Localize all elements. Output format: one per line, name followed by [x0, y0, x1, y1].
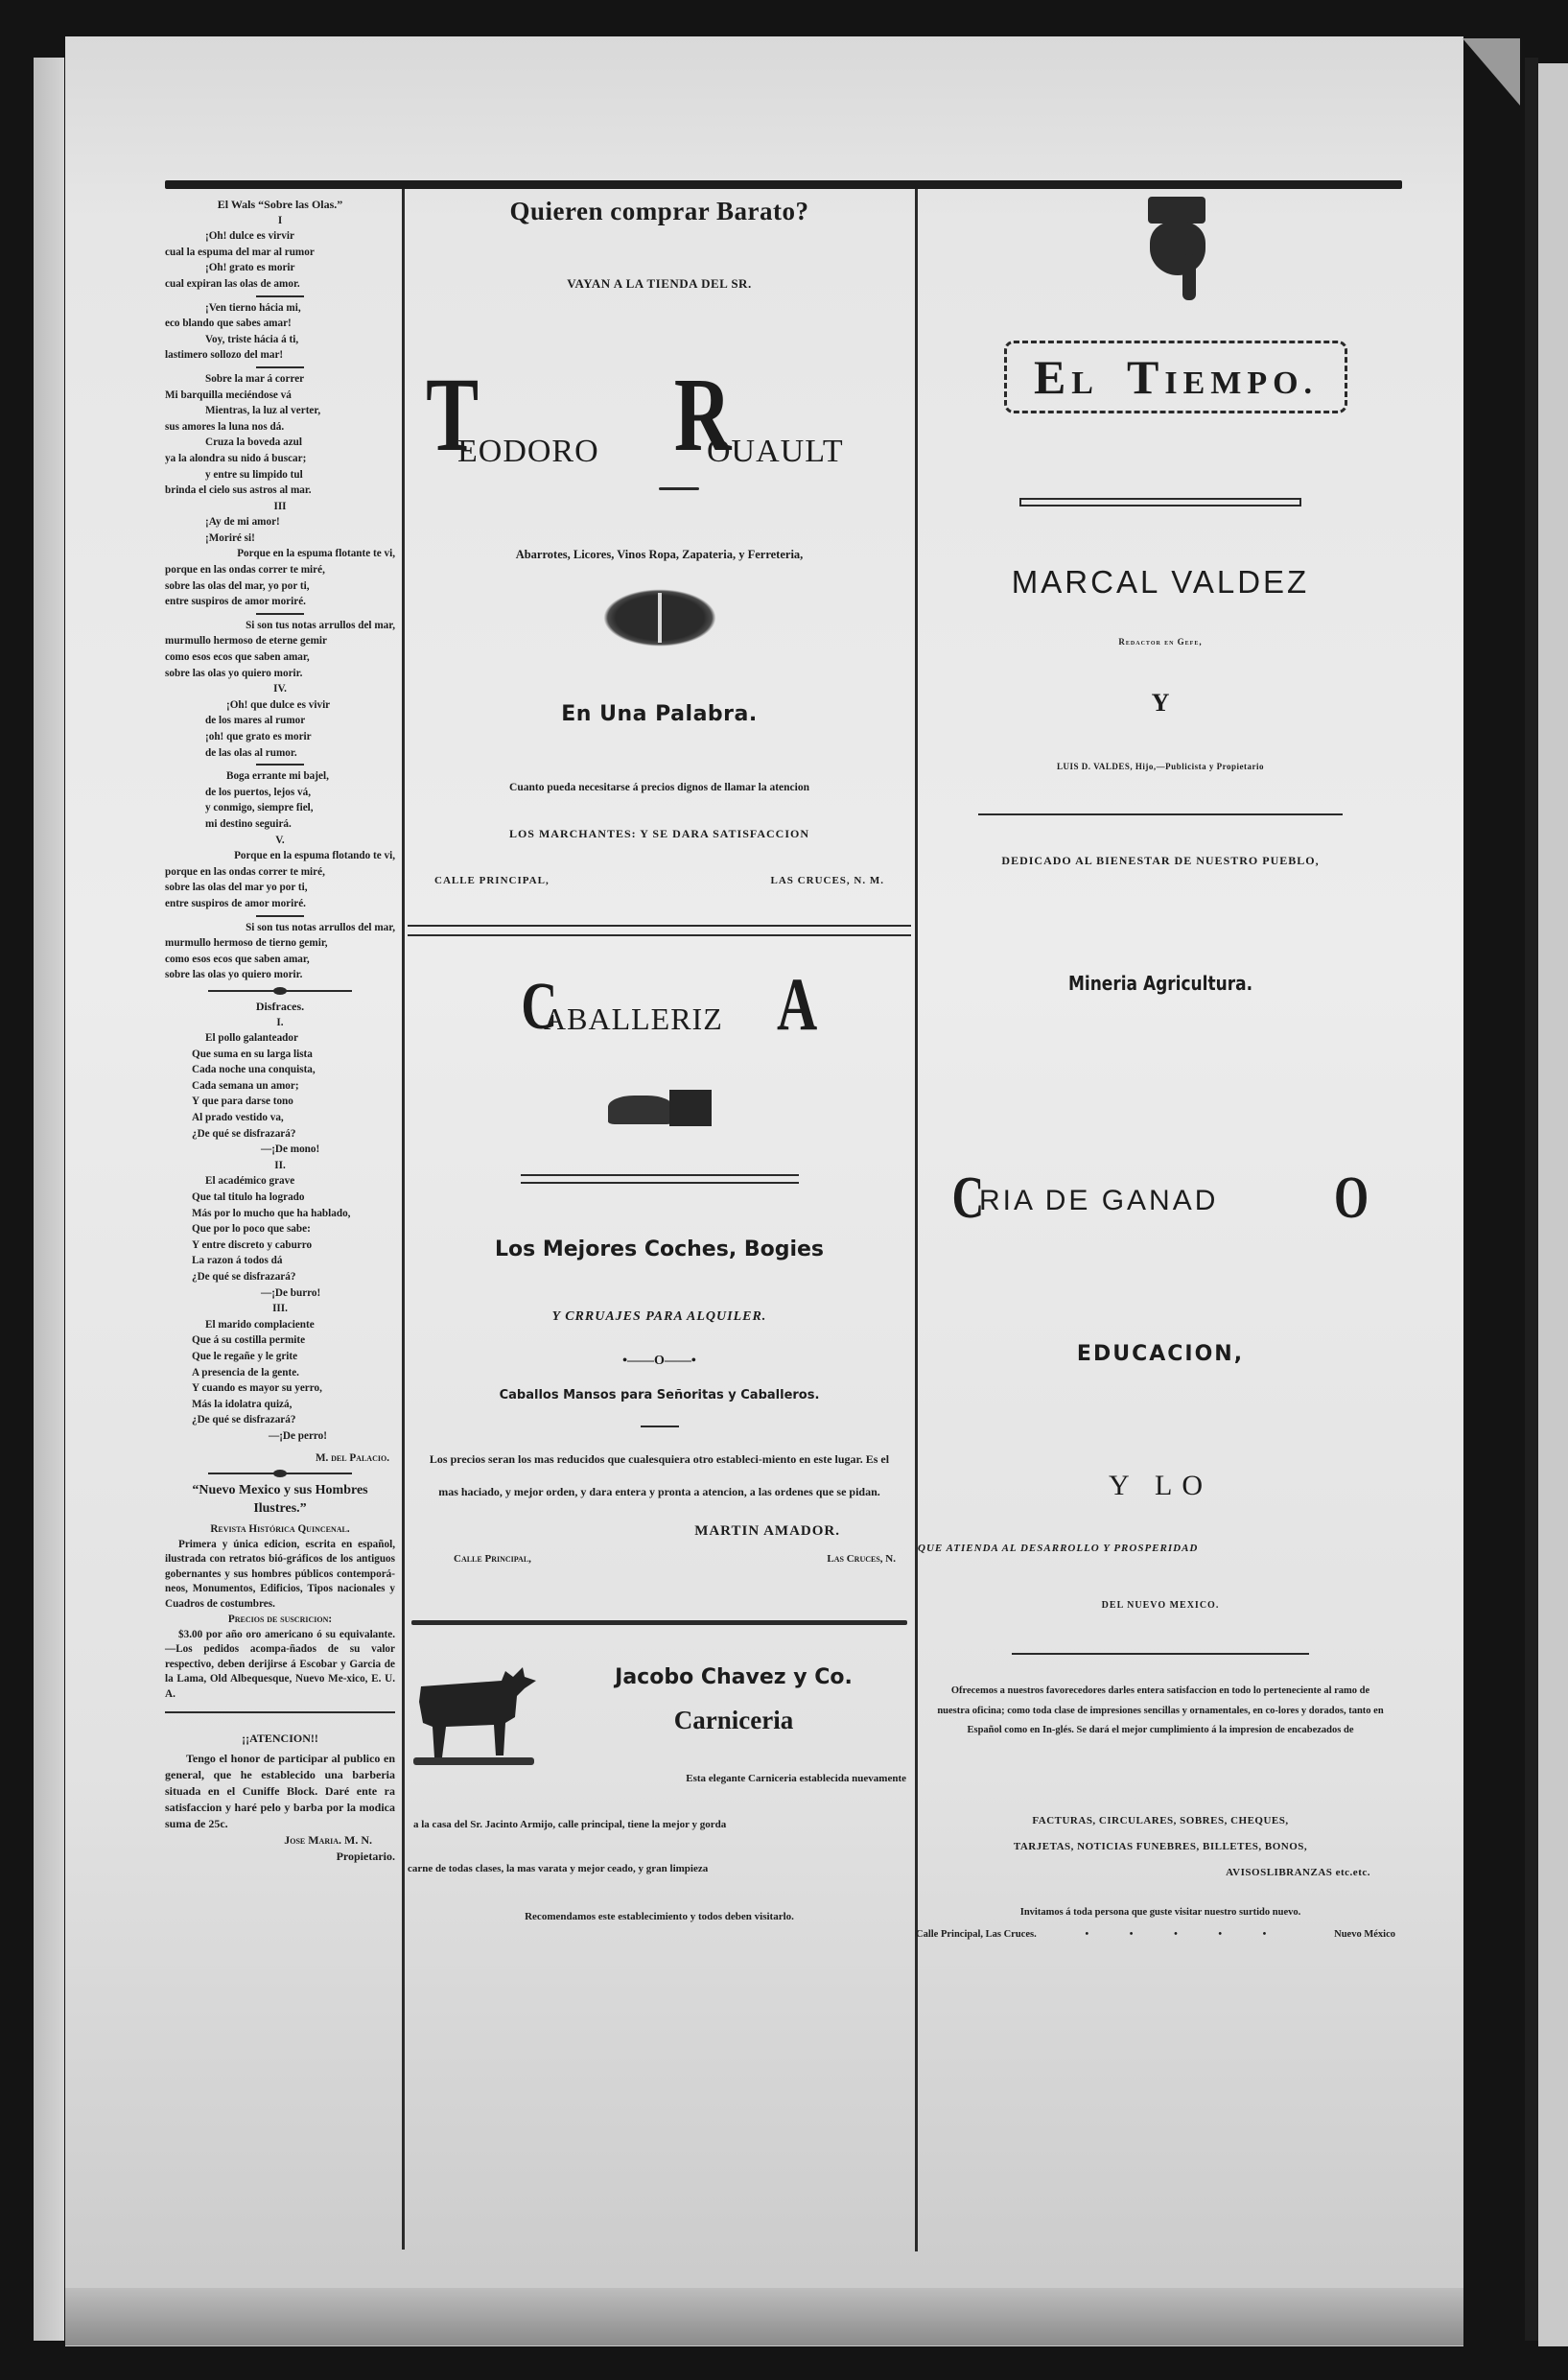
- verse-line: La razon á todos dá: [165, 1253, 395, 1269]
- rouault-marchantes: LOS MARCHANTES: Y SE DARA SATISFACCION: [408, 827, 911, 841]
- rouault-headline: Quieren comprar Barato?: [408, 197, 911, 226]
- part-number: I.: [165, 1015, 395, 1031]
- poem-line: Porque en la espuma flotando te vi,: [165, 848, 395, 864]
- ornament-icon: [603, 589, 716, 647]
- stanza-divider: [256, 613, 304, 615]
- poem-line: ¡Ven tierno hácia mi,: [165, 300, 395, 317]
- rouault-address: CALLE PRINCIPAL, LAS CRUCES, N. M.: [434, 875, 884, 886]
- last-name: OUAULT: [707, 434, 844, 470]
- poem-line: ¡Ay de mi amor!: [165, 514, 395, 530]
- carniceria-line2: a la casa del Sr. Jacinto Armijo, calle …: [408, 1819, 911, 1830]
- carniceria-ad: Jacobo Chavez y Co. Carniceria Esta eleg…: [408, 1663, 911, 1807]
- editor-role: Redactor en Gefe,: [916, 637, 1405, 647]
- poem-line: sobre las olas yo quiero morir.: [165, 967, 395, 983]
- masthead-rest-l: L: [1071, 365, 1099, 401]
- poem-line: cual expiran las olas de amor.: [165, 276, 395, 293]
- author-signature: M. del Palacio.: [165, 1450, 395, 1467]
- masthead-rest-iempo: IEMPO.: [1164, 365, 1318, 401]
- ornamental-double-rule: [521, 1174, 799, 1184]
- final-a: A: [777, 969, 817, 1040]
- verse-answer: —¡De mono!: [165, 1142, 395, 1158]
- top-rule: [165, 180, 1402, 189]
- editor-name: MARCAL VALDEZ: [916, 564, 1405, 601]
- footer-address: Calle Principal, Las Cruces. • • • • • N…: [916, 1929, 1395, 1940]
- caballeriza-address: Calle Principal, Las Cruces, N.: [454, 1553, 896, 1565]
- first-name: EODORO: [457, 434, 599, 470]
- poem-line: Porque en la espuma flotante te vi,: [165, 546, 395, 562]
- disfraces-title: Disfraces.: [165, 999, 395, 1015]
- poem-line: de las olas al rumor.: [165, 745, 395, 762]
- poem-line: como esos ecos que saben amar,: [165, 649, 395, 666]
- poem-line: Cruza la boveda azul: [165, 435, 395, 451]
- ofrecemos-paragraph: Ofrecemos a nuestros favorecedores darle…: [916, 1682, 1405, 1741]
- facturas-line-2: TARJETAS, NOTICIAS FUNEBRES, BILLETES, B…: [916, 1834, 1405, 1860]
- dot-separator: •——O——•: [408, 1354, 911, 1369]
- carniceria-line1: Esta elegante Carniceria establecida nue…: [561, 1773, 906, 1784]
- revista-subtitle: Revista Histórica Quincenal.: [165, 1521, 395, 1538]
- facturas-line-1: FACTURAS, CIRCULARES, SOBRES, CHEQUES,: [916, 1808, 1405, 1834]
- poem-line: mi destino seguirá.: [165, 816, 395, 833]
- mini-rule: [641, 1426, 679, 1427]
- poem-line: Boga errante mi bajel,: [165, 768, 395, 785]
- verse-line: El marido complaciente: [165, 1317, 395, 1333]
- caballeriza-title: C ABALLERIZ A: [408, 975, 911, 1051]
- poem-line: murmullo hermoso de eterne gemir: [165, 633, 395, 649]
- section-number: IV.: [165, 681, 395, 697]
- verse-line: Y entre discreto y caburro: [165, 1237, 395, 1254]
- part-number: II.: [165, 1158, 395, 1174]
- dedicado-line: DEDICADO AL BIENESTAR DE NUESTRO PUEBLO,: [916, 854, 1405, 868]
- cria-middle: RIA DE GANAD: [979, 1185, 1218, 1217]
- bull-icon: [413, 1663, 538, 1771]
- poem-line: murmullo hermoso de tierno gemir,: [165, 935, 395, 952]
- revista-title: “Nuevo Mexico y sus Hombres Ilustres.”: [165, 1481, 395, 1518]
- revista-body: Primera y única edicion, escrita en espa…: [165, 1538, 395, 1613]
- verse-line: Que suma en su larga lista: [165, 1047, 395, 1063]
- precios-body: $3.00 por año oro americano ó su equival…: [165, 1628, 395, 1703]
- verse-line: Más por lo mucho que ha hablado,: [165, 1206, 395, 1222]
- adjacent-page-strip: [1538, 63, 1568, 2346]
- rouault-goods: Abarrotes, Licores, Vinos Ropa, Zapateri…: [408, 548, 911, 562]
- poem-line: Si son tus notas arrullos del mar,: [165, 920, 395, 936]
- poem-line: ¡Moriré si!: [165, 530, 395, 547]
- column-1: El Wals “Sobre las Olas.” I ¡Oh! dulce e…: [165, 197, 395, 1864]
- verse-line: Que tal titulo ha logrado: [165, 1190, 395, 1206]
- facturas-list: FACTURAS, CIRCULARES, SOBRES, CHEQUES, T…: [916, 1808, 1405, 1886]
- caballeriza-caballos: Caballos Mansos para Señoritas y Caballe…: [408, 1388, 911, 1402]
- carniceria-name: Jacobo Chavez y Co.: [561, 1665, 906, 1689]
- poem-line: porque en las ondas correr te miré,: [165, 562, 395, 578]
- part-number: III.: [165, 1301, 395, 1317]
- section-double-rule: [408, 925, 911, 936]
- poem-line: entre suspiros de amor moriré.: [165, 594, 395, 610]
- carniceria-title: Carniceria: [561, 1706, 906, 1735]
- carniceria-line3: carne de todas clases, la mas varata y m…: [408, 1863, 911, 1874]
- poem-line: porque en las ondas correr te miré,: [165, 864, 395, 881]
- masthead-initial-e: E: [1034, 350, 1071, 404]
- y-lo-line: Y LO: [916, 1470, 1405, 1502]
- verse-line: ¿De qué se disfrazará?: [165, 1126, 395, 1143]
- publisher-line: LUIS D. VALDES, Hijo,—Publicista y Propi…: [916, 762, 1405, 771]
- page-bottom-margin: [65, 2288, 1463, 2345]
- street: Calle Principal,: [454, 1553, 531, 1565]
- cria-de-ganado: C RIA DE GANAD O: [916, 1167, 1405, 1244]
- poem-line: Si son tus notas arrullos del mar,: [165, 618, 395, 634]
- poem-line: sobre las olas del mar, yo por ti,: [165, 578, 395, 595]
- region: Nuevo México: [1334, 1929, 1395, 1940]
- poem-line: Mientras, la luz al verter,: [165, 403, 395, 419]
- verse-line: El académico grave: [165, 1173, 395, 1190]
- verse-line: Más la idolatra quizá,: [165, 1397, 395, 1413]
- invitamos-line: Invitamos á toda persona que guste visit…: [916, 1907, 1405, 1918]
- rouault-vayan: VAYAN A LA TIENDA DEL SR.: [408, 276, 911, 292]
- section-number: I: [165, 213, 395, 229]
- rouault-cuanto: Cuanto pueda necesitarse á precios digno…: [408, 782, 911, 793]
- atencion-title: ¡¡ATENCION!!: [165, 1731, 395, 1747]
- section-thick-rule: [411, 1620, 907, 1625]
- atencion-body: Tengo el honor de participar al publico …: [165, 1751, 395, 1832]
- caballeriza-owner: MARTIN AMADOR.: [408, 1523, 840, 1540]
- column-3: EL TIEMPO. MARCAL VALDEZ Redactor en Gef…: [916, 197, 1405, 1940]
- stanza-divider: [256, 366, 304, 368]
- page-fold-left: [34, 58, 64, 2341]
- nuevo-mexico-line: DEL NUEVO MEXICO.: [916, 1600, 1405, 1611]
- verse-answer: —¡De perro!: [165, 1428, 395, 1445]
- poem-line: lastimero sollozo del mar!: [165, 347, 395, 364]
- verse-answer: —¡De burro!: [165, 1285, 395, 1302]
- city: Las Cruces, N.: [827, 1553, 896, 1565]
- caballeriza-mejores: Los Mejores Coches, Bogies: [408, 1237, 911, 1261]
- page-corner-fold: [1463, 38, 1520, 106]
- section-number: V.: [165, 833, 395, 849]
- verse-line: Y cuando es mayor su yerro,: [165, 1380, 395, 1397]
- page-edge-shadow: [1525, 58, 1538, 2341]
- dot-leader: • • • • •: [1085, 1929, 1285, 1940]
- poem-line: cual la espuma del mar al rumor: [165, 245, 395, 261]
- street: Calle Principal, Las Cruces.: [916, 1929, 1037, 1940]
- poem-line: sobre las olas del mar yo por ti,: [165, 880, 395, 896]
- title-middle: ABALLERIZ: [544, 1001, 723, 1037]
- poem-line: sobre las olas yo quiero morir.: [165, 666, 395, 682]
- poem-line: de los puertos, lejos vá,: [165, 785, 395, 801]
- section-rule: [165, 1711, 395, 1713]
- poem-line: brinda el cielo sus astros al mar.: [165, 483, 395, 499]
- verse-line: Y que para darse tono: [165, 1094, 395, 1110]
- educacion-line: EDUCACION,: [916, 1342, 1405, 1366]
- ornamental-divider: [208, 990, 352, 992]
- poem-line: ¡Oh! dulce es virvir: [165, 228, 395, 245]
- atencion-signature: Jose Maria. M. N.: [165, 1832, 395, 1849]
- poem-line: y entre su limpido tul: [165, 467, 395, 483]
- city: LAS CRUCES, N. M.: [771, 875, 884, 886]
- precios-label: Precios de suscricion:: [165, 1612, 395, 1628]
- rouault-name: T EODORO R OUAULT: [408, 366, 911, 482]
- verse-line: ¿De qué se disfrazará?: [165, 1412, 395, 1428]
- carniceria-line4: Recomendamos este establecimiento y todo…: [408, 1911, 911, 1922]
- stanza-divider: [256, 295, 304, 297]
- atencion-role: Propietario.: [165, 1849, 395, 1865]
- rule: [1012, 1653, 1309, 1655]
- poem-line: Voy, triste hácia á ti,: [165, 332, 395, 348]
- stanza-divider: [256, 915, 304, 917]
- column-divider-1: [402, 189, 405, 2250]
- caballeriza-carruajes: Y CRRUAJES PARA ALQUILER.: [408, 1309, 911, 1325]
- poem-line: entre suspiros de amor moriré.: [165, 896, 395, 912]
- poem-line: ¡oh! que grato es morir: [165, 729, 395, 745]
- poem-line: como esos ecos que saben amar,: [165, 952, 395, 968]
- poem-line: ¡Oh! grato es morir: [165, 260, 395, 276]
- poem-line: de los mares al rumor: [165, 713, 395, 729]
- atienda-line: QUE ATIENDA AL DESARROLLO Y PROSPERIDAD: [916, 1543, 1405, 1554]
- poem-line: ¡Oh! que dulce es vivir: [165, 697, 395, 714]
- section-number: III: [165, 499, 395, 515]
- verse-line: Cada semana un amor;: [165, 1078, 395, 1095]
- poem-line: eco blando que sabes amar!: [165, 316, 395, 332]
- masthead-frame: EL TIEMPO.: [1004, 341, 1347, 413]
- verse-line: ¿De qué se disfrazará?: [165, 1269, 395, 1285]
- conjunction-y: Y: [916, 689, 1405, 718]
- poem-line: sus amores la luna nos dá.: [165, 419, 395, 436]
- verse-line: A presencia de la gente.: [165, 1365, 395, 1381]
- verse-line: Al prado vestido va,: [165, 1110, 395, 1126]
- poem-line: Mi barquilla meciéndose vá: [165, 388, 395, 404]
- stanza-divider: [256, 764, 304, 766]
- verse-line: El pollo galanteador: [165, 1030, 395, 1047]
- facturas-line-3: AVISOSLIBRANZAS etc.etc.: [916, 1860, 1405, 1886]
- poem-title: El Wals “Sobre las Olas.”: [165, 197, 395, 213]
- rouault-palabra: En Una Palabra.: [408, 702, 911, 726]
- pointing-hand-icon: [1148, 197, 1205, 302]
- ornamental-divider: [208, 1473, 352, 1474]
- poem-line: Sobre la mar á correr: [165, 371, 395, 388]
- poem-line: y conmigo, siempre fiel,: [165, 800, 395, 816]
- verse-line: Que á su costilla permite: [165, 1332, 395, 1349]
- carriage-icon: [608, 1082, 712, 1126]
- masthead-title: EL TIEMPO.: [1007, 343, 1345, 417]
- verse-line: Cada noche una conquista,: [165, 1062, 395, 1078]
- verse-line: Que por lo poco que sabe:: [165, 1221, 395, 1237]
- tiny-ornament: [659, 487, 699, 490]
- mineria-line: Mineria Agricultura.: [952, 972, 1369, 995]
- verse-line: Que le regañe y le grite: [165, 1349, 395, 1365]
- final-o: O: [1334, 1167, 1369, 1229]
- masthead-rule: [1019, 498, 1301, 507]
- column-2: Quieren comprar Barato? VAYAN A LA TIEND…: [408, 197, 911, 1922]
- poem-line: ya la alondra su nido á buscar;: [165, 451, 395, 467]
- caballeriza-precios: Los precios seran los mas reducidos que …: [408, 1443, 911, 1508]
- street: CALLE PRINCIPAL,: [434, 875, 550, 886]
- masthead-initial-t: T: [1127, 350, 1164, 404]
- rule: [978, 813, 1343, 815]
